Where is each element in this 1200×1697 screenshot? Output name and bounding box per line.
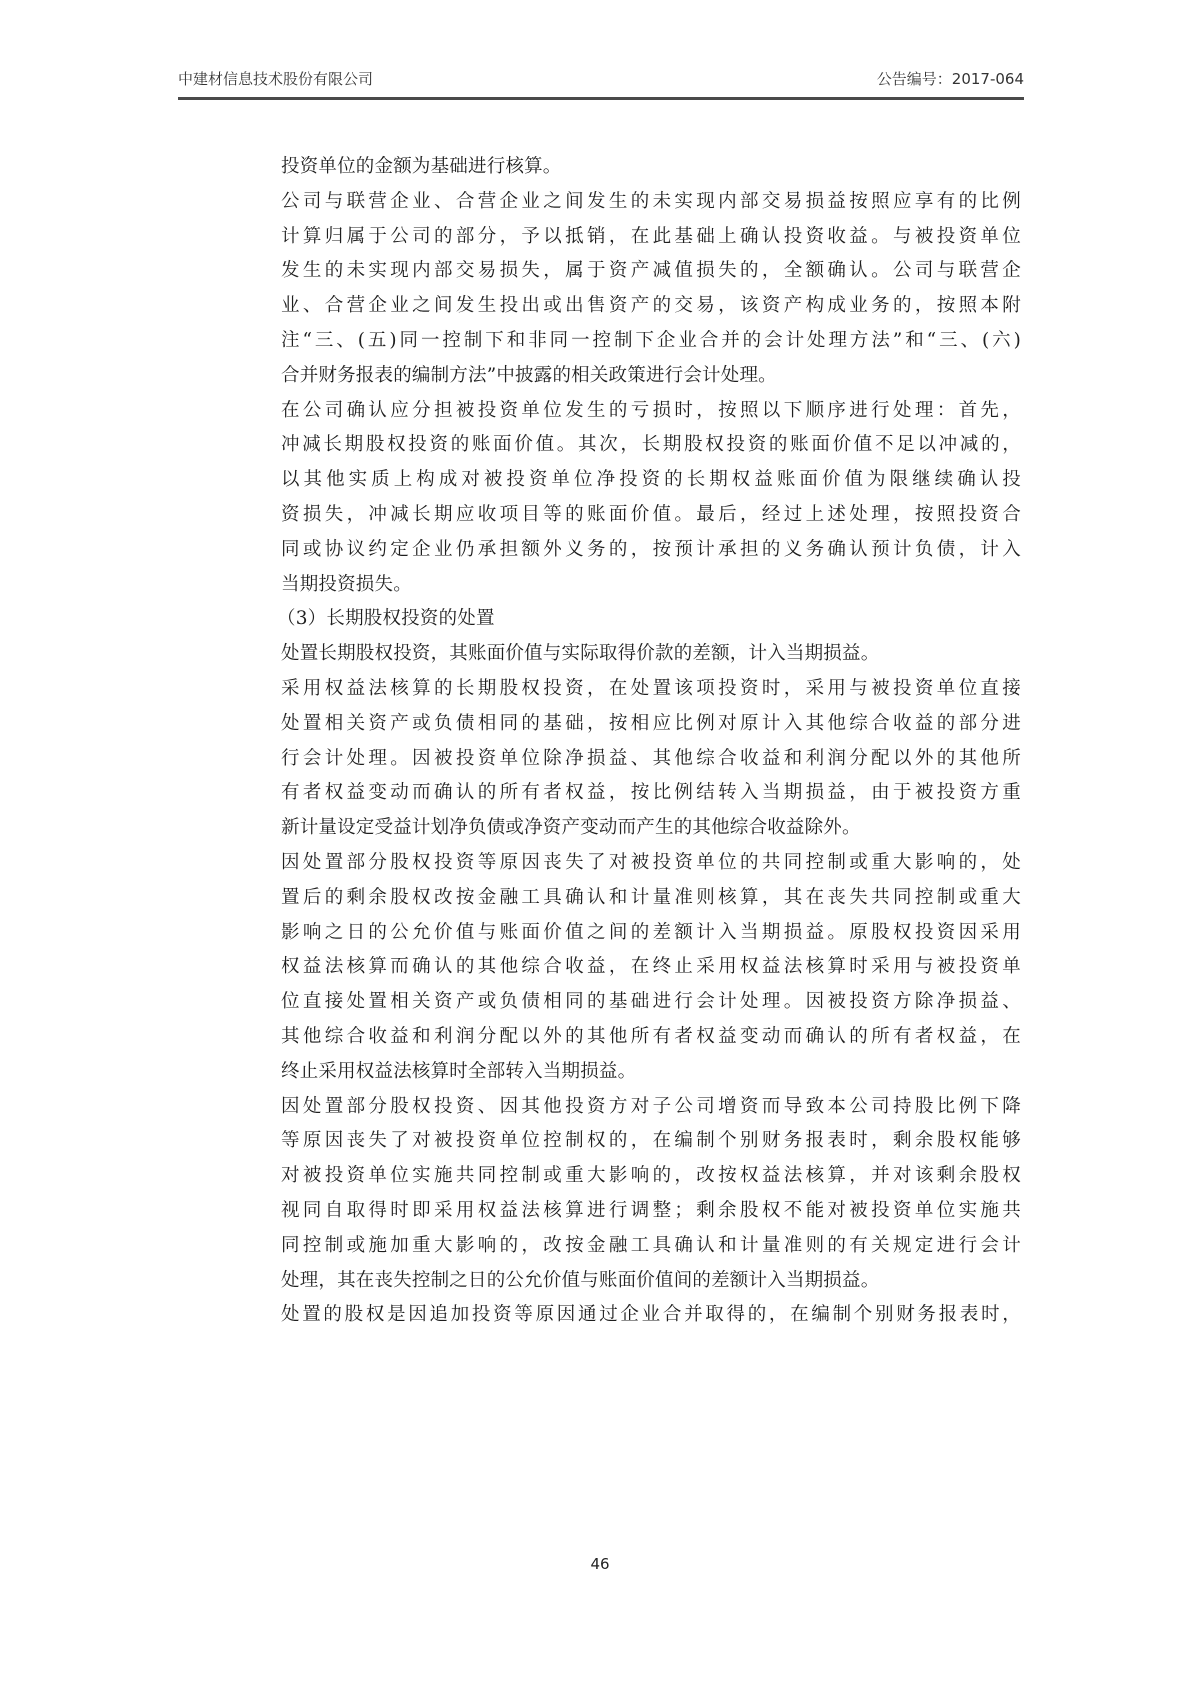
text-line: 注“三、(五)同一控制下和非同一控制下企业合并的会计处理方法”和“三、(六) bbox=[281, 324, 1021, 359]
text-line: 处理，其在丧失控制之日的公允价值与账面价值间的差额计入当期损益。 bbox=[281, 1264, 1021, 1299]
text-line: 处置长期股权投资，其账面价值与实际取得价款的差额，计入当期损益。 bbox=[281, 637, 1021, 672]
text-line: 处置相关资产或负债相同的基础，按相应比例对原计入其他综合收益的部分进 bbox=[281, 707, 1021, 742]
text-line: 位直接处置相关资产或负债相同的基础进行会计处理。因被投资方除净损益、 bbox=[281, 985, 1021, 1020]
text-line: 终止采用权益法核算时全部转入当期损益。 bbox=[281, 1055, 1021, 1090]
text-line: 有者权益变动而确认的所有者权益，按比例结转入当期损益，由于被投资方重 bbox=[281, 776, 1021, 811]
text-line: 冲减长期股权投资的账面价值。其次，长期股权投资的账面价值不足以冲减的， bbox=[281, 428, 1021, 463]
text-line: 置后的剩余股权改按金融工具确认和计量准则核算，其在丧失共同控制或重大 bbox=[281, 881, 1021, 916]
announcement-number: 公告编号：2017-064 bbox=[877, 68, 1024, 89]
text-line: 行会计处理。因被投资单位除净损益、其他综合收益和利润分配以外的其他所 bbox=[281, 742, 1021, 777]
text-line: 对被投资单位实施共同控制或重大影响的，改按权益法核算，并对该剩余股权 bbox=[281, 1159, 1021, 1194]
document-body: 投资单位的金额为基础进行核算。公司与联营企业、合营企业之间发生的未实现内部交易损… bbox=[281, 150, 1021, 1333]
text-line: 因处置部分股权投资等原因丧失了对被投资单位的共同控制或重大影响的，处 bbox=[281, 846, 1021, 881]
text-line: 处置的股权是因追加投资等原因通过企业合并取得的，在编制个别财务报表时， bbox=[281, 1298, 1021, 1333]
text-line: 因处置部分股权投资、因其他投资方对子公司增资而导致本公司持股比例下降 bbox=[281, 1090, 1021, 1125]
text-line: 发生的未实现内部交易损失，属于资产减值损失的，全额确认。公司与联营企 bbox=[281, 254, 1021, 289]
header-divider bbox=[178, 97, 1024, 100]
text-line: 公司与联营企业、合营企业之间发生的未实现内部交易损益按照应享有的比例 bbox=[281, 185, 1021, 220]
section-heading: （3）长期股权投资的处置 bbox=[277, 602, 1021, 637]
page-header: 中建材信息技术股份有限公司 公告编号：2017-064 bbox=[178, 68, 1024, 96]
text-line: 同控制或施加重大影响的，改按金融工具确认和计量准则的有关规定进行会计 bbox=[281, 1229, 1021, 1264]
text-line: 同或协议约定企业仍承担额外义务的，按预计承担的义务确认预计负债，计入 bbox=[281, 533, 1021, 568]
company-name: 中建材信息技术股份有限公司 bbox=[178, 68, 373, 89]
text-line: 视同自取得时即采用权益法核算进行调整；剩余股权不能对被投资单位实施共 bbox=[281, 1194, 1021, 1229]
text-line: 计算归属于公司的部分，予以抵销，在此基础上确认投资收益。与被投资单位 bbox=[281, 220, 1021, 255]
text-line: 等原因丧失了对被投资单位控制权的，在编制个别财务报表时，剩余股权能够 bbox=[281, 1124, 1021, 1159]
text-line: 其他综合收益和利润分配以外的其他所有者权益变动而确认的所有者权益，在 bbox=[281, 1020, 1021, 1055]
text-line: 当期投资损失。 bbox=[281, 568, 1021, 603]
text-line: 新计量设定受益计划净负债或净资产变动而产生的其他综合收益除外。 bbox=[281, 811, 1021, 846]
text-line: 业、合营企业之间发生投出或出售资产的交易，该资产构成业务的，按照本附 bbox=[281, 289, 1021, 324]
text-line: 权益法核算而确认的其他综合收益，在终止采用权益法核算时采用与被投资单 bbox=[281, 950, 1021, 985]
text-line: 在公司确认应分担被投资单位发生的亏损时，按照以下顺序进行处理：首先， bbox=[281, 394, 1021, 429]
text-line: 采用权益法核算的长期股权投资，在处置该项投资时，采用与被投资单位直接 bbox=[281, 672, 1021, 707]
page-number: 46 bbox=[0, 1555, 1200, 1573]
text-line: 合并财务报表的编制方法”中披露的相关政策进行会计处理。 bbox=[281, 359, 1021, 394]
text-line: 投资单位的金额为基础进行核算。 bbox=[281, 150, 1021, 185]
text-line: 影响之日的公允价值与账面价值之间的差额计入当期损益。原股权投资因采用 bbox=[281, 916, 1021, 951]
text-line: 以其他实质上构成对被投资单位净投资的长期权益账面价值为限继续确认投 bbox=[281, 463, 1021, 498]
text-line: 资损失，冲减长期应收项目等的账面价值。最后，经过上述处理，按照投资合 bbox=[281, 498, 1021, 533]
